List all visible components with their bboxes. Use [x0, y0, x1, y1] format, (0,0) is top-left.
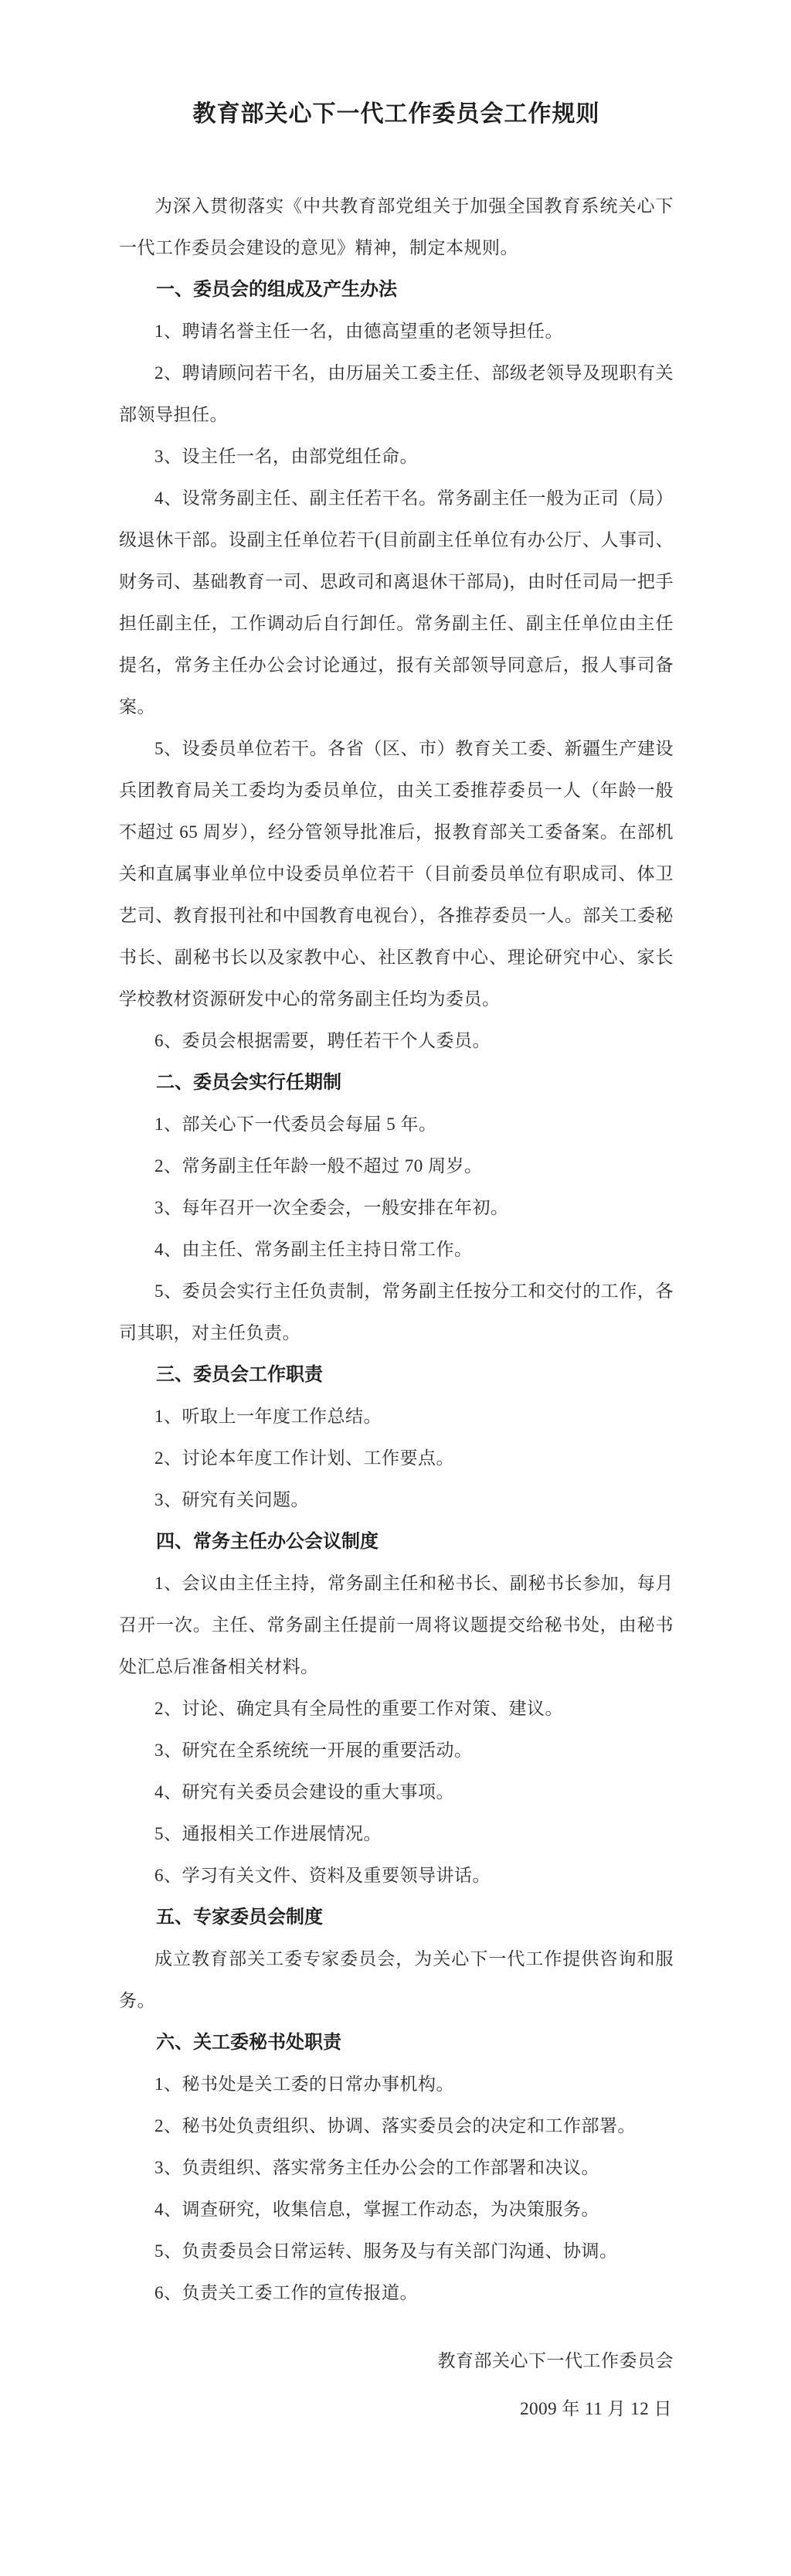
list-item: 5、委员会实行主任负责制，常务副主任按分工和交付的工作，各司其职，对主任负责。: [119, 1271, 674, 1354]
list-item: 6、委员会根据需要，聘任若干个人委员。: [119, 1020, 674, 1062]
list-item: 1、部关心下一代委员会每届 5 年。: [119, 1104, 674, 1145]
signature: 教育部关心下一代工作委员会: [119, 2340, 674, 2382]
section-1-heading: 一、委员会的组成及产生办法: [119, 269, 674, 311]
intro-paragraph: 为深入贯彻落实《中共教育部党组关于加强全国教育系统关心下一代工作委员会建设的意见…: [119, 185, 674, 269]
list-item: 1、秘书处是关工委的日常办事机构。: [119, 2064, 674, 2105]
list-item: 成立教育部关工委专家委员会，为关心下一代工作提供咨询和服务。: [119, 1938, 674, 2022]
date: 2009 年 11 月 12 日: [119, 2388, 672, 2430]
section-3-heading: 三、委员会工作职责: [119, 1354, 674, 1396]
list-item: 4、由主任、常务副主任主持日常工作。: [119, 1229, 674, 1271]
document-page: 教育部关心下一代工作委员会工作规则 为深入贯彻落实《中共教育部党组关于加强全国教…: [0, 0, 791, 2430]
list-item: 1、聘请名誉主任一名，由德高望重的老领导担任。: [119, 311, 674, 352]
list-item: 4、设常务副主任、副主任若干名。常务副主任一般为正司（局）级退休干部。设副主任单…: [119, 478, 674, 728]
list-item: 2、秘书处负责组织、协调、落实委员会的决定和工作部署。: [119, 2105, 674, 2147]
list-item: 4、调查研究，收集信息，掌握工作动态，为决策服务。: [119, 2189, 674, 2231]
list-item: 3、设主任一名，由部党组任命。: [119, 436, 674, 478]
list-item: 1、会议由主任主持，常务副主任和秘书长、副秘书长参加，每月召开一次。主任、常务副…: [119, 1563, 674, 1688]
list-item: 5、设委员单位若干。各省（区、市）教育关工委、新疆生产建设兵团教育局关工委均为委…: [119, 728, 674, 1020]
list-item: 2、常务副主任年龄一般不超过 70 周岁。: [119, 1145, 674, 1187]
list-item: 6、负责关工委工作的宣传报道。: [119, 2272, 674, 2314]
section-6-heading: 六、关工委秘书处职责: [119, 2022, 674, 2064]
section-2-heading: 二、委员会实行任期制: [119, 1062, 674, 1104]
section-5-heading: 五、专家委员会制度: [119, 1897, 674, 1938]
list-item: 1、听取上一年度工作总结。: [119, 1396, 674, 1438]
list-item: 2、聘请顾问若干名，由历届关工委主任、部级老领导及现职有关部领导担任。: [119, 352, 674, 436]
list-item: 5、负责委员会日常运转、服务及与有关部门沟通、协调。: [119, 2231, 674, 2272]
list-item: 3、每年召开一次全委会，一般安排在年初。: [119, 1187, 674, 1229]
list-item: 2、讨论、确定具有全局性的重要工作对策、建议。: [119, 1688, 674, 1730]
list-item: 3、研究在全系统统一开展的重要活动。: [119, 1730, 674, 1771]
list-item: 2、讨论本年度工作计划、工作要点。: [119, 1438, 674, 1479]
list-item: 3、负责组织、落实常务主任办公会的工作部署和决议。: [119, 2147, 674, 2189]
list-item: 3、研究有关问题。: [119, 1479, 674, 1521]
section-4-heading: 四、常务主任办公会议制度: [119, 1521, 674, 1563]
document-title: 教育部关心下一代工作委员会工作规则: [119, 99, 674, 130]
list-item: 6、学习有关文件、资料及重要领导讲话。: [119, 1855, 674, 1897]
list-item: 4、研究有关委员会建设的重大事项。: [119, 1771, 674, 1813]
list-item: 5、通报相关工作进展情况。: [119, 1813, 674, 1855]
